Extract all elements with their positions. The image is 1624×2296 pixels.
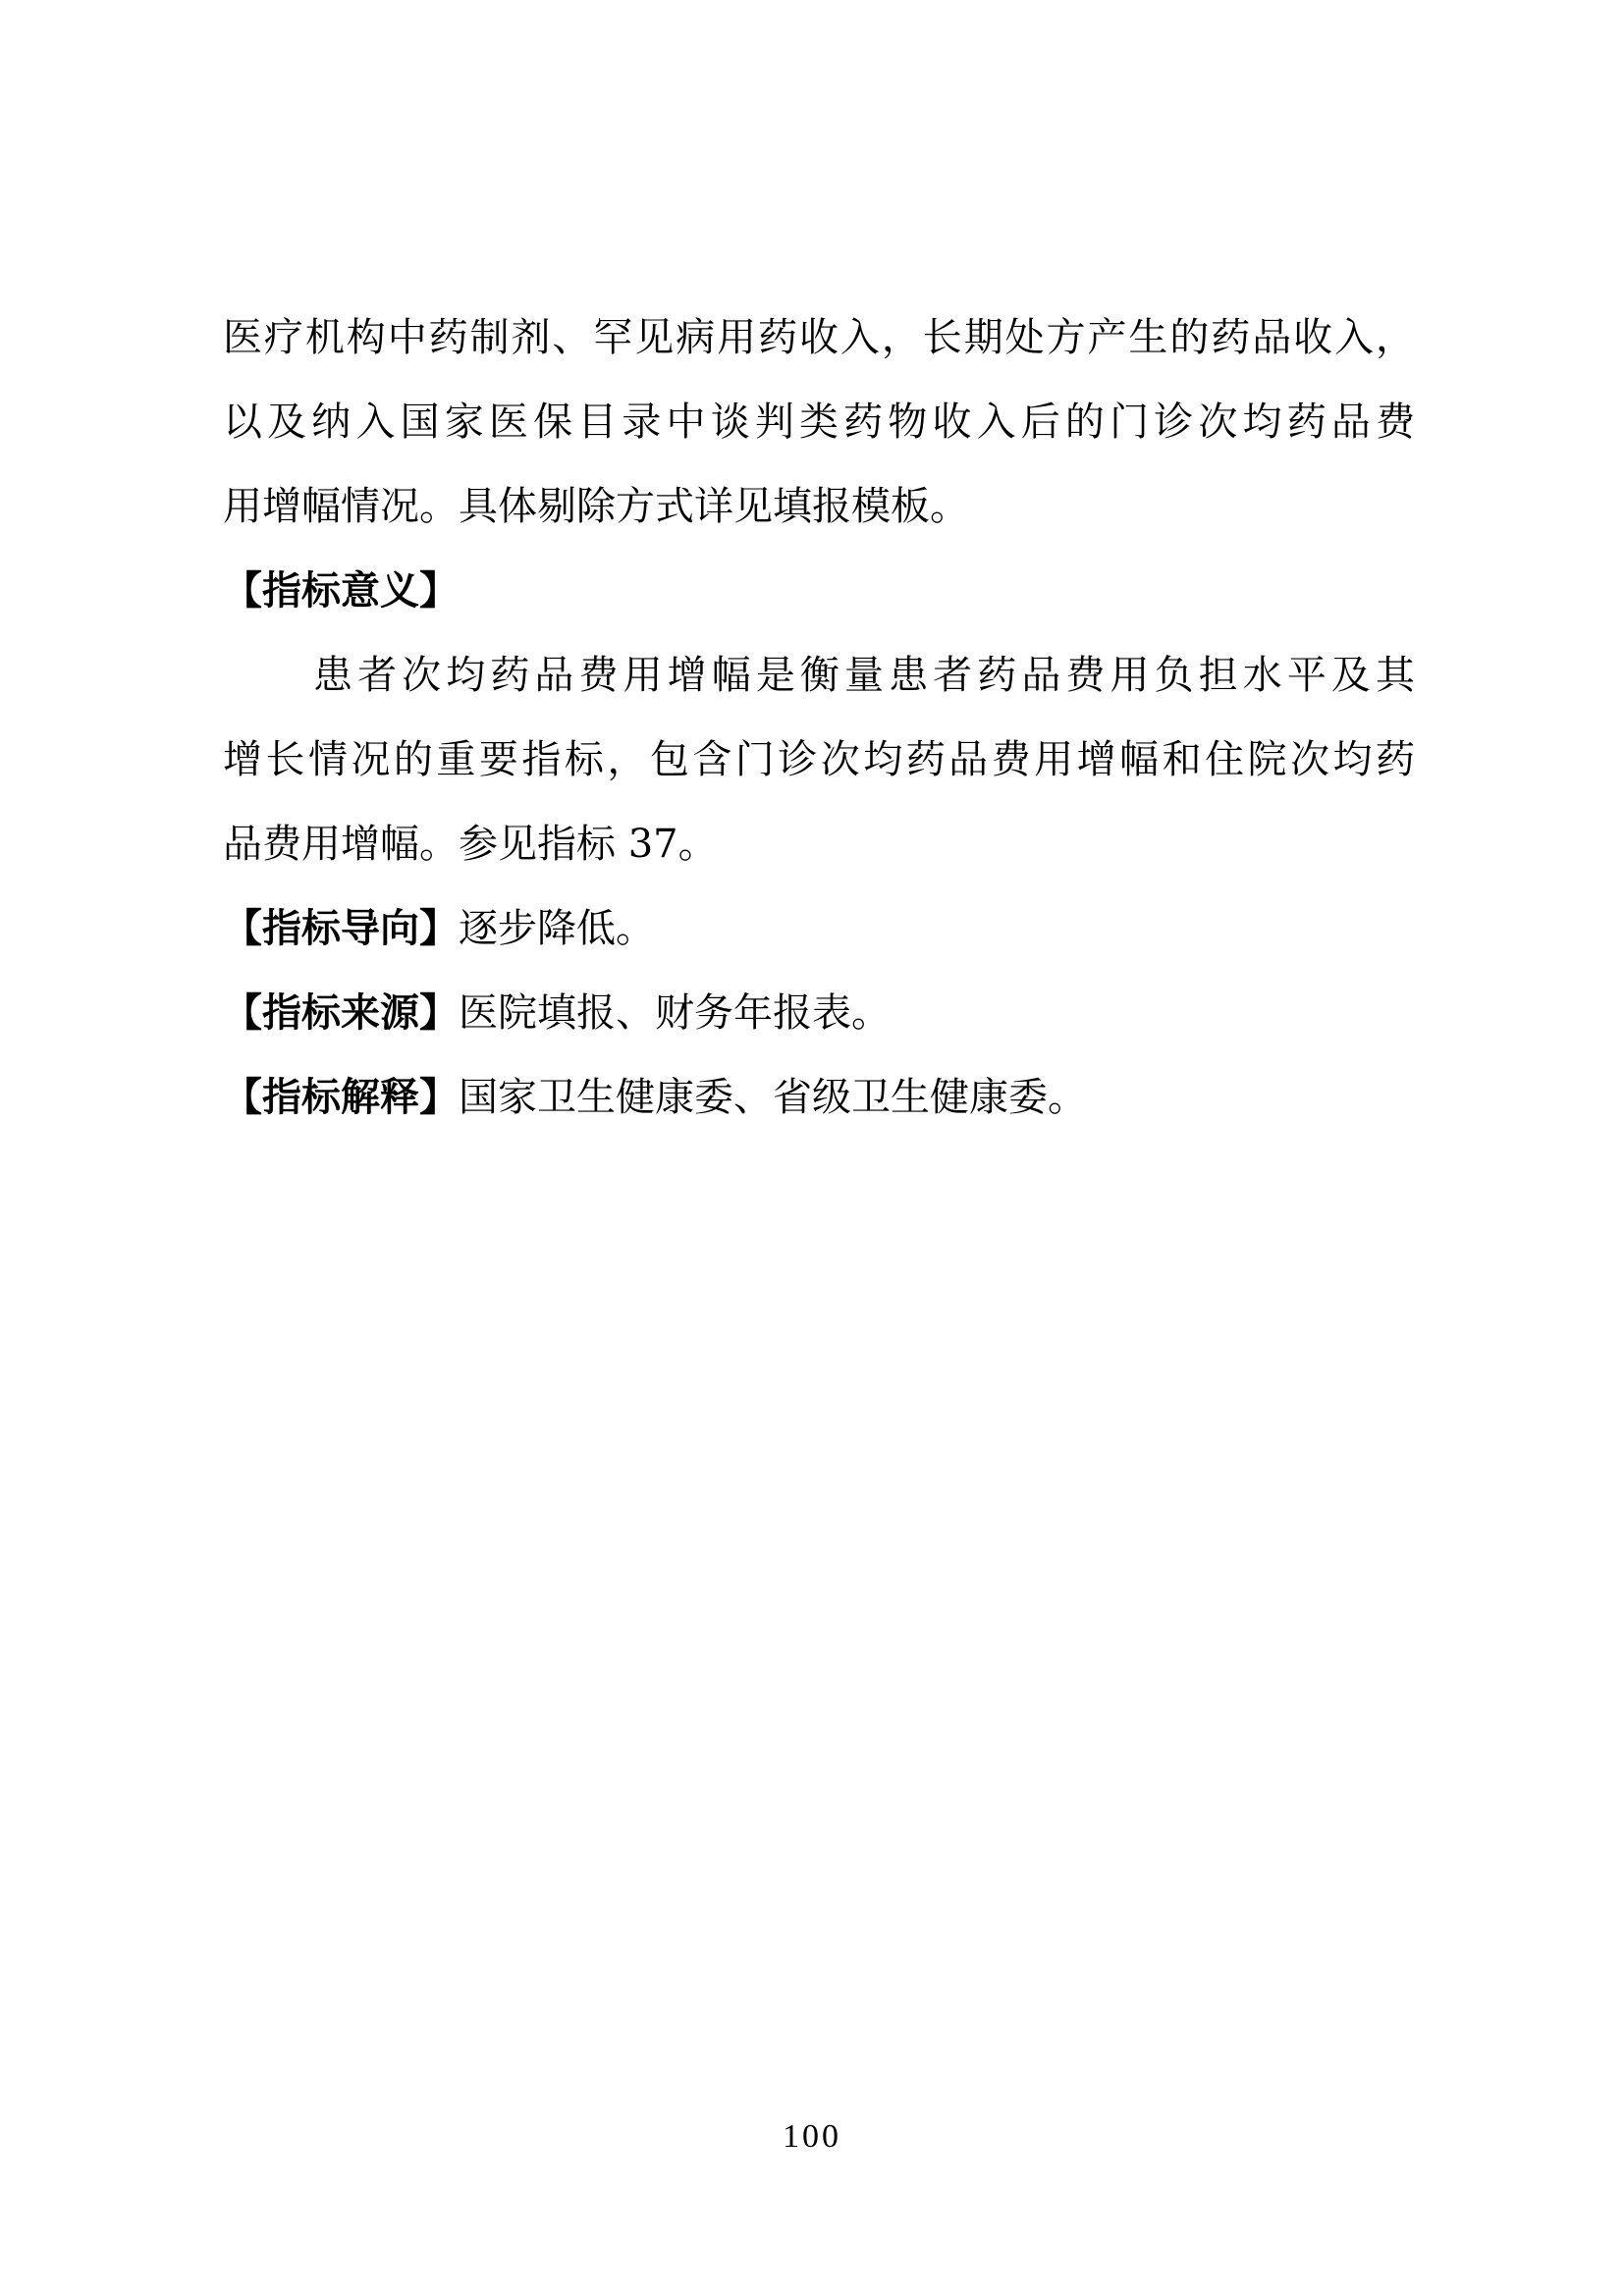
continuation-paragraph: 医疗机构中药制剂、罕见病用药收入，长期处方产生的药品收入， 以及纳入国家医保目录… bbox=[223, 306, 1415, 560]
direction-row: 【指标导向】逐步降低。 bbox=[223, 897, 1415, 982]
paragraph-line: 以及纳入国家医保目录中谈判类药物收入后的门诊次均药品费 bbox=[223, 391, 1415, 475]
paragraph-line: 患者次均药品费用增幅是衡量患者药品费用负担水平及其 bbox=[223, 644, 1415, 728]
significance-paragraph: 患者次均药品费用增幅是衡量患者药品费用负担水平及其 增长情况的重要指标，包含门诊… bbox=[223, 644, 1415, 897]
direction-text: 逐步降低。 bbox=[459, 906, 655, 951]
direction-label: 【指标导向】 bbox=[223, 906, 459, 951]
page-number: 100 bbox=[0, 2118, 1624, 2156]
interpretation-label: 【指标解释】 bbox=[223, 1075, 459, 1120]
source-label: 【指标来源】 bbox=[223, 990, 459, 1036]
source-text: 医院填报、财务年报表。 bbox=[459, 990, 891, 1036]
paragraph-line: 增长情况的重要指标，包含门诊次均药品费用增幅和住院次均药 bbox=[223, 728, 1415, 813]
source-row: 【指标来源】医院填报、财务年报表。 bbox=[223, 982, 1415, 1066]
paragraph-line: 医疗机构中药制剂、罕见病用药收入，长期处方产生的药品收入， bbox=[223, 306, 1415, 391]
paragraph-line: 用增幅情况。具体剔除方式详见填报模板。 bbox=[223, 475, 1415, 560]
paragraph-line: 品费用增幅。参见指标 37。 bbox=[223, 813, 1415, 897]
interpretation-row: 【指标解释】国家卫生健康委、省级卫生健康委。 bbox=[223, 1066, 1415, 1150]
page-body: 医疗机构中药制剂、罕见病用药收入，长期处方产生的药品收入， 以及纳入国家医保目录… bbox=[223, 306, 1415, 1150]
section-heading-significance: 【指标意义】 bbox=[223, 560, 1415, 644]
interpretation-text: 国家卫生健康委、省级卫生健康委。 bbox=[459, 1075, 1087, 1120]
